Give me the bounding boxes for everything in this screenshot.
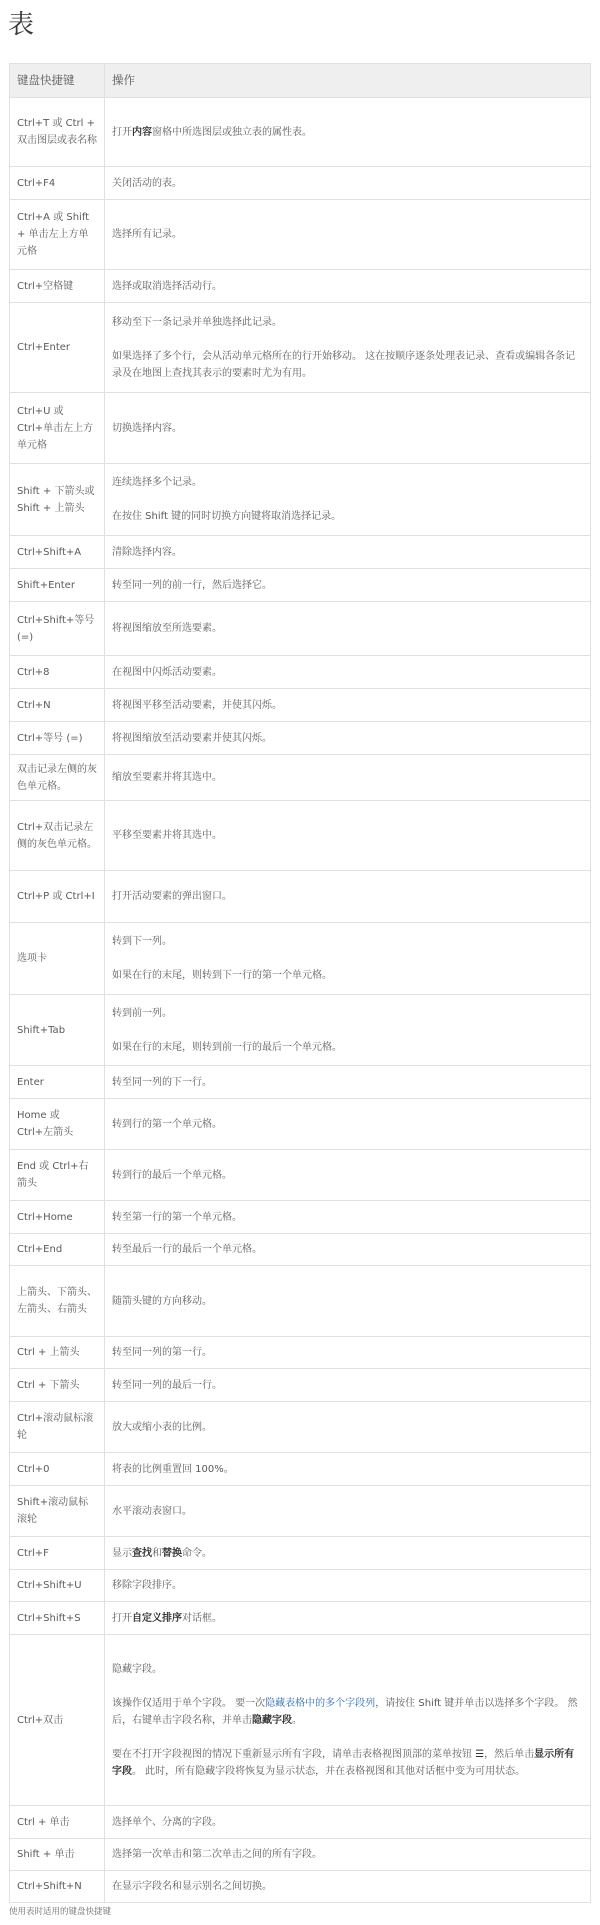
- action-paragraph: 连续选择多个记录。: [112, 474, 583, 491]
- shortcut-key-cell: Ctrl + 上箭头: [10, 1337, 105, 1369]
- shortcut-action-cell: 将视图缩放至所选要素。: [105, 602, 591, 656]
- shortcut-key-cell: Ctrl+等号 (=): [10, 722, 105, 755]
- shortcut-action-cell: 选择所有记录。: [105, 200, 591, 270]
- shortcut-action-cell: 清除选择内容。: [105, 536, 591, 569]
- shortcut-key-cell: Ctrl+T 或 Ctrl + 双击图层或表名称: [10, 98, 105, 167]
- action-paragraph: 转至第一行的第一个单元格。: [112, 1209, 583, 1226]
- text-span: 切换选择内容。: [112, 423, 182, 434]
- text-span: 将视图缩放至活动要素并使其闪烁。: [112, 733, 272, 744]
- table-row: Ctrl+F显示查找和替换命令。: [10, 1537, 591, 1570]
- table-row: Ctrl+Shift+U移除字段排序。: [10, 1570, 591, 1602]
- text-span: 如果选择了多个行，会从活动单元格所在的行开始移动。 这在按顺序逐条处理表记录、查…: [112, 351, 575, 379]
- table-row: Ctrl+F4关闭活动的表。: [10, 167, 591, 200]
- text-span: 关闭活动的表。: [112, 178, 182, 189]
- shortcut-action-cell: 转至同一列的前一行，然后选择它。: [105, 569, 591, 602]
- shortcut-action-cell: 转至同一列的下一行。: [105, 1066, 591, 1099]
- action-paragraph: 将视图缩放至活动要素并使其闪烁。: [112, 730, 583, 747]
- table-row: Enter转至同一列的下一行。: [10, 1066, 591, 1099]
- text-span: 打开活动要素的弹出窗口。: [112, 891, 232, 902]
- text-span: 和: [152, 1548, 162, 1559]
- table-row: Ctrl+空格键选择或取消选择活动行。: [10, 270, 591, 303]
- shortcut-key-cell: 选项卡: [10, 923, 105, 995]
- action-paragraph: 将表的比例重置回 100%。: [112, 1461, 583, 1478]
- text-span: 移动至下一条记录并单独选择此记录。: [112, 317, 282, 328]
- shortcut-action-cell: 将视图缩放至活动要素并使其闪烁。: [105, 722, 591, 755]
- text-span: 隐藏字段。: [112, 1664, 162, 1675]
- action-paragraph: 显示查找和替换命令。: [112, 1545, 583, 1562]
- action-paragraph: 转至同一列的最后一行。: [112, 1377, 583, 1394]
- table-row: Ctrl+Shift+等号 (=)将视图缩放至所选要素。: [10, 602, 591, 656]
- text-span: 将表的比例重置回 100%。: [112, 1464, 234, 1475]
- shortcut-action-cell: 转到前一列。如果在行的末尾，则转到前一行的最后一个单元格。: [105, 995, 591, 1066]
- shortcut-action-cell: 将表的比例重置回 100%。: [105, 1453, 591, 1486]
- shortcut-key-cell: Ctrl+Shift+S: [10, 1602, 105, 1635]
- action-paragraph: 放大或缩小表的比例。: [112, 1419, 583, 1436]
- shortcut-action-cell: 关闭活动的表。: [105, 167, 591, 200]
- shortcut-key-cell: Ctrl+N: [10, 689, 105, 722]
- shortcut-action-cell: 选择单个、分离的字段。: [105, 1806, 591, 1839]
- action-paragraph: 在显示字段名和显示别名之间切换。: [112, 1878, 583, 1895]
- shortcut-key-cell: Ctrl+F: [10, 1537, 105, 1570]
- text-span: 将视图缩放至所选要素。: [112, 623, 222, 634]
- text-span: 清除选择内容。: [112, 547, 182, 558]
- table-row: Shift+Enter转至同一列的前一行，然后选择它。: [10, 569, 591, 602]
- table-row: Shift+Tab转到前一列。如果在行的末尾，则转到前一行的最后一个单元格。: [10, 995, 591, 1066]
- shortcut-key-cell: Shift+Enter: [10, 569, 105, 602]
- shortcut-action-cell: 将视图平移至活动要素，并使其闪烁。: [105, 689, 591, 722]
- table-row: Ctrl+Home转至第一行的第一个单元格。: [10, 1201, 591, 1234]
- table-row: Ctrl+等号 (=)将视图缩放至活动要素并使其闪烁。: [10, 722, 591, 755]
- text-span: 选择所有记录。: [112, 229, 182, 240]
- shortcut-action-cell: 放大或缩小表的比例。: [105, 1402, 591, 1453]
- table-row: Ctrl+Enter移动至下一条记录并单独选择此记录。如果选择了多个行，会从活动…: [10, 303, 591, 393]
- text-span: 转至同一列的下一行。: [112, 1077, 212, 1088]
- table-row: Ctrl + 上箭头转至同一列的第一行。: [10, 1337, 591, 1369]
- action-paragraph: 转到前一列。: [112, 1005, 583, 1022]
- text-span: 要在不打开字段视图的情况下重新显示所有字段，请单击表格视图顶部的菜单按钮: [112, 1749, 475, 1760]
- shortcut-key-cell: Ctrl+0: [10, 1453, 105, 1486]
- text-span: 水平滚动表窗口。: [112, 1506, 192, 1517]
- action-paragraph: 随箭头键的方向移动。: [112, 1293, 583, 1310]
- shortcut-key-cell: Ctrl+空格键: [10, 270, 105, 303]
- shortcut-action-cell: 转至同一列的最后一行。: [105, 1369, 591, 1402]
- action-paragraph: 移动至下一条记录并单独选择此记录。: [112, 314, 583, 331]
- action-paragraph: 转至同一列的下一行。: [112, 1074, 583, 1091]
- shortcut-key-cell: 上箭头、下箭头、左箭头、右箭头: [10, 1266, 105, 1337]
- shortcut-action-cell: 选择或取消选择活动行。: [105, 270, 591, 303]
- action-paragraph: 关闭活动的表。: [112, 175, 583, 192]
- action-paragraph: 将视图平移至活动要素，并使其闪烁。: [112, 697, 583, 714]
- action-paragraph: 转至同一列的第一行。: [112, 1344, 583, 1361]
- text-span: 转至最后一行的最后一个单元格。: [112, 1244, 262, 1255]
- action-paragraph: 隐藏字段。: [112, 1661, 583, 1678]
- shortcut-action-cell: 切换选择内容。: [105, 393, 591, 464]
- text-span: 转到下一列。: [112, 936, 172, 947]
- table-row: Ctrl + 单击选择单个、分离的字段。: [10, 1806, 591, 1839]
- text-span: 打开: [112, 127, 132, 138]
- action-paragraph: 切换选择内容。: [112, 420, 583, 437]
- shortcut-key-cell: Ctrl+End: [10, 1234, 105, 1266]
- action-paragraph: 该操作仅适用于单个字段。 要一次隐藏表格中的多个字段列，请按住 Shift 键并…: [112, 1695, 583, 1729]
- text-span: 转至同一列的最后一行。: [112, 1380, 222, 1391]
- shortcut-action-cell: 随箭头键的方向移动。: [105, 1266, 591, 1337]
- text-span: 在显示字段名和显示别名之间切换。: [112, 1881, 272, 1892]
- action-paragraph: 在按住 Shift 键的同时切换方向键将取消选择记录。: [112, 508, 583, 525]
- table-row: Ctrl+0将表的比例重置回 100%。: [10, 1453, 591, 1486]
- text-span: ，然后单击: [484, 1749, 534, 1760]
- action-paragraph: 移除字段排序。: [112, 1577, 583, 1594]
- action-paragraph: 选择或取消选择活动行。: [112, 278, 583, 295]
- table-body: Ctrl+T 或 Ctrl + 双击图层或表名称打开内容窗格中所选图层或独立表的…: [10, 98, 591, 1903]
- action-paragraph: 转至最后一行的最后一个单元格。: [112, 1241, 583, 1258]
- action-paragraph: 打开内容窗格中所选图层或独立表的属性表。: [112, 124, 583, 141]
- help-link[interactable]: 隐藏表格中的多个字段列: [265, 1698, 375, 1709]
- shortcut-action-cell: 在显示字段名和显示别名之间切换。: [105, 1871, 591, 1903]
- shortcut-key-cell: Shift+滚动鼠标滚轮: [10, 1486, 105, 1537]
- shortcut-action-cell: 转至最后一行的最后一个单元格。: [105, 1234, 591, 1266]
- shortcut-key-cell: Ctrl+Shift+等号 (=): [10, 602, 105, 656]
- text-span: 移除字段排序。: [112, 1580, 182, 1591]
- shortcut-key-cell: Ctrl+滚动鼠标滚轮: [10, 1402, 105, 1453]
- text-span: 在视图中闪烁活动要素。: [112, 667, 222, 678]
- action-paragraph: 在视图中闪烁活动要素。: [112, 664, 583, 681]
- text-span: 放大或缩小表的比例。: [112, 1422, 212, 1433]
- text-span: 如果在行的末尾，则转到前一行的最后一个单元格。: [112, 1042, 342, 1053]
- table-row: Ctrl+Shift+S打开自定义排序对话框。: [10, 1602, 591, 1635]
- shortcut-key-cell: Ctrl+双击记录左侧的灰色单元格。: [10, 801, 105, 871]
- shortcut-action-cell: 转至同一列的第一行。: [105, 1337, 591, 1369]
- text-span: 对话框。: [182, 1613, 222, 1624]
- action-paragraph: 转至同一列的前一行，然后选择它。: [112, 577, 583, 594]
- text-span: 该操作仅适用于单个字段。 要一次: [112, 1698, 265, 1709]
- action-paragraph: 选择第一次单击和第二次单击之间的所有字段。: [112, 1846, 583, 1863]
- text-span: 转到前一列。: [112, 1008, 172, 1019]
- shortcut-action-cell: 转到下一列。如果在行的末尾，则转到下一行的第一个单元格。: [105, 923, 591, 995]
- shortcut-action-cell: 转到行的第一个单元格。: [105, 1099, 591, 1150]
- ui-term: 内容: [132, 127, 152, 138]
- action-paragraph: 转到行的第一个单元格。: [112, 1116, 583, 1133]
- action-paragraph: 水平滚动表窗口。: [112, 1503, 583, 1520]
- shortcut-action-cell: 转至第一行的第一个单元格。: [105, 1201, 591, 1234]
- ui-term: 自定义排序: [132, 1613, 182, 1624]
- text-span: 将视图平移至活动要素，并使其闪烁。: [112, 700, 282, 711]
- table-row: Ctrl+Shift+A清除选择内容。: [10, 536, 591, 569]
- shortcut-key-cell: Ctrl+P 或 Ctrl+I: [10, 871, 105, 923]
- text-span: 转至同一列的前一行，然后选择它。: [112, 580, 272, 591]
- shortcut-action-cell: 打开内容窗格中所选图层或独立表的属性表。: [105, 98, 591, 167]
- shortcut-key-cell: Ctrl+Enter: [10, 303, 105, 393]
- table-header-row: 键盘快捷键 操作: [10, 64, 591, 98]
- table-row: Shift+滚动鼠标滚轮水平滚动表窗口。: [10, 1486, 591, 1537]
- action-paragraph: 转到下一列。: [112, 933, 583, 950]
- shortcut-action-cell: 连续选择多个记录。在按住 Shift 键的同时切换方向键将取消选择记录。: [105, 464, 591, 536]
- action-paragraph: 缩放至要素并将其选中。: [112, 769, 583, 786]
- text-span: 。: [292, 1715, 302, 1726]
- text-span: 选择第一次单击和第二次单击之间的所有字段。: [112, 1849, 322, 1860]
- ui-term: 替换: [162, 1548, 182, 1559]
- table-row: Ctrl+P 或 Ctrl+I打开活动要素的弹出窗口。: [10, 871, 591, 923]
- shortcut-key-cell: End 或 Ctrl+右箭头: [10, 1150, 105, 1201]
- action-paragraph: 转到行的最后一个单元格。: [112, 1167, 583, 1184]
- shortcut-key-cell: Ctrl + 下箭头: [10, 1369, 105, 1402]
- shortcut-action-cell: 打开自定义排序对话框。: [105, 1602, 591, 1635]
- action-paragraph: 如果在行的末尾，则转到下一行的第一个单元格。: [112, 967, 583, 984]
- shortcut-key-cell: Shift + 单击: [10, 1839, 105, 1871]
- table-row: Ctrl+End转至最后一行的最后一个单元格。: [10, 1234, 591, 1266]
- shortcut-action-cell: 缩放至要素并将其选中。: [105, 755, 591, 801]
- shortcut-key-cell: Home 或 Ctrl+左箭头: [10, 1099, 105, 1150]
- shortcut-key-cell: Ctrl + 单击: [10, 1806, 105, 1839]
- text-span: 随箭头键的方向移动。: [112, 1296, 212, 1307]
- text-span: 命令。: [182, 1548, 212, 1559]
- ui-term: 隐藏字段: [252, 1715, 292, 1726]
- text-span: 连续选择多个记录。: [112, 477, 202, 488]
- shortcut-key-cell: Enter: [10, 1066, 105, 1099]
- shortcut-key-cell: Ctrl+双击: [10, 1635, 105, 1806]
- text-span: 转至同一列的第一行。: [112, 1347, 212, 1358]
- table-row: Ctrl+双击隐藏字段。该操作仅适用于单个字段。 要一次隐藏表格中的多个字段列，…: [10, 1635, 591, 1806]
- table-row: Ctrl+8在视图中闪烁活动要素。: [10, 656, 591, 689]
- shortcut-action-cell: 转到行的最后一个单元格。: [105, 1150, 591, 1201]
- action-paragraph: 将视图缩放至所选要素。: [112, 620, 583, 637]
- table-row: Ctrl+Shift+N在显示字段名和显示别名之间切换。: [10, 1871, 591, 1903]
- text-span: 转到行的第一个单元格。: [112, 1119, 222, 1130]
- shortcut-key-cell: Ctrl+Shift+A: [10, 536, 105, 569]
- text-span: 打开: [112, 1613, 132, 1624]
- table-row: 选项卡转到下一列。如果在行的末尾，则转到下一行的第一个单元格。: [10, 923, 591, 995]
- shortcut-action-cell: 隐藏字段。该操作仅适用于单个字段。 要一次隐藏表格中的多个字段列，请按住 Shi…: [105, 1635, 591, 1806]
- shortcut-action-cell: 移动至下一条记录并单独选择此记录。如果选择了多个行，会从活动单元格所在的行开始移…: [105, 303, 591, 393]
- page-title: 表: [8, 8, 34, 42]
- text-span: 窗格中所选图层或独立表的属性表。: [152, 127, 312, 138]
- table-row: Ctrl+T 或 Ctrl + 双击图层或表名称打开内容窗格中所选图层或独立表的…: [10, 98, 591, 167]
- shortcut-action-cell: 显示查找和替换命令。: [105, 1537, 591, 1570]
- table-row: End 或 Ctrl+右箭头转到行的最后一个单元格。: [10, 1150, 591, 1201]
- action-paragraph: 打开活动要素的弹出窗口。: [112, 888, 583, 905]
- action-paragraph: 打开自定义排序对话框。: [112, 1610, 583, 1627]
- table-row: Ctrl+A 或 Shift + 单击左上方单元格选择所有记录。: [10, 200, 591, 270]
- text-span: 选择单个、分离的字段。: [112, 1817, 222, 1828]
- shortcut-key-cell: Ctrl+U 或 Ctrl+单击左上方单元格: [10, 393, 105, 464]
- action-paragraph: 如果在行的末尾，则转到前一行的最后一个单元格。: [112, 1039, 583, 1056]
- text-span: 缩放至要素并将其选中。: [112, 772, 222, 783]
- table-row: Ctrl+双击记录左侧的灰色单元格。平移至要素并将其选中。: [10, 801, 591, 871]
- text-span: 显示: [112, 1548, 132, 1559]
- text-span: 在按住 Shift 键的同时切换方向键将取消选择记录。: [112, 511, 341, 522]
- table-row: Shift + 下箭头或 Shift + 上箭头连续选择多个记录。在按住 Shi…: [10, 464, 591, 536]
- shortcut-key-cell: Ctrl+F4: [10, 167, 105, 200]
- table-row: Ctrl+滚动鼠标滚轮放大或缩小表的比例。: [10, 1402, 591, 1453]
- text-span: 转至第一行的第一个单元格。: [112, 1212, 242, 1223]
- text-span: 如果在行的末尾，则转到下一行的第一个单元格。: [112, 970, 332, 981]
- table-caption: 使用表时适用的键盘快捷键: [9, 1905, 111, 1917]
- text-span: 选择或取消选择活动行。: [112, 281, 222, 292]
- shortcut-action-cell: 移除字段排序。: [105, 1570, 591, 1602]
- table-row: Ctrl + 下箭头转至同一列的最后一行。: [10, 1369, 591, 1402]
- shortcut-key-cell: Ctrl+8: [10, 656, 105, 689]
- action-paragraph: 清除选择内容。: [112, 544, 583, 561]
- shortcut-key-cell: Ctrl+Shift+N: [10, 1871, 105, 1903]
- shortcut-key-cell: Shift + 下箭头或 Shift + 上箭头: [10, 464, 105, 536]
- table-row: Ctrl+N将视图平移至活动要素，并使其闪烁。: [10, 689, 591, 722]
- action-paragraph: 要在不打开字段视图的情况下重新显示所有字段，请单击表格视图顶部的菜单按钮 ☰，然…: [112, 1746, 583, 1780]
- shortcut-action-cell: 平移至要素并将其选中。: [105, 801, 591, 871]
- shortcut-key-cell: Ctrl+A 或 Shift + 单击左上方单元格: [10, 200, 105, 270]
- shortcut-action-cell: 水平滚动表窗口。: [105, 1486, 591, 1537]
- table-row: 上箭头、下箭头、左箭头、右箭头随箭头键的方向移动。: [10, 1266, 591, 1337]
- action-paragraph: 选择所有记录。: [112, 226, 583, 243]
- text-span: 平移至要素并将其选中。: [112, 830, 222, 841]
- shortcut-key-cell: Ctrl+Home: [10, 1201, 105, 1234]
- column-header-shortcut: 键盘快捷键: [10, 64, 105, 98]
- shortcut-action-cell: 打开活动要素的弹出窗口。: [105, 871, 591, 923]
- action-paragraph: 如果选择了多个行，会从活动单元格所在的行开始移动。 这在按顺序逐条处理表记录、查…: [112, 348, 583, 382]
- text-span: 转到行的最后一个单元格。: [112, 1170, 232, 1181]
- shortcut-action-cell: 选择第一次单击和第二次单击之间的所有字段。: [105, 1839, 591, 1871]
- table-row: Ctrl+U 或 Ctrl+单击左上方单元格切换选择内容。: [10, 393, 591, 464]
- shortcut-key-cell: Ctrl+Shift+U: [10, 1570, 105, 1602]
- shortcut-key-cell: Shift+Tab: [10, 995, 105, 1066]
- column-header-action: 操作: [105, 64, 591, 98]
- shortcut-key-cell: 双击记录左侧的灰色单元格。: [10, 755, 105, 801]
- action-paragraph: 平移至要素并将其选中。: [112, 827, 583, 844]
- menu-icon: ☰: [475, 1749, 484, 1760]
- text-span: 。 此时，所有隐藏字段将恢复为显示状态，并在表格视图和其他对话框中变为可用状态。: [132, 1766, 525, 1777]
- table-row: Home 或 Ctrl+左箭头转到行的第一个单元格。: [10, 1099, 591, 1150]
- table-row: Shift + 单击选择第一次单击和第二次单击之间的所有字段。: [10, 1839, 591, 1871]
- keyboard-shortcuts-table: 键盘快捷键 操作 Ctrl+T 或 Ctrl + 双击图层或表名称打开内容窗格中…: [9, 63, 591, 1903]
- shortcut-action-cell: 在视图中闪烁活动要素。: [105, 656, 591, 689]
- table-row: 双击记录左侧的灰色单元格。缩放至要素并将其选中。: [10, 755, 591, 801]
- ui-term: 查找: [132, 1548, 152, 1559]
- action-paragraph: 选择单个、分离的字段。: [112, 1814, 583, 1831]
